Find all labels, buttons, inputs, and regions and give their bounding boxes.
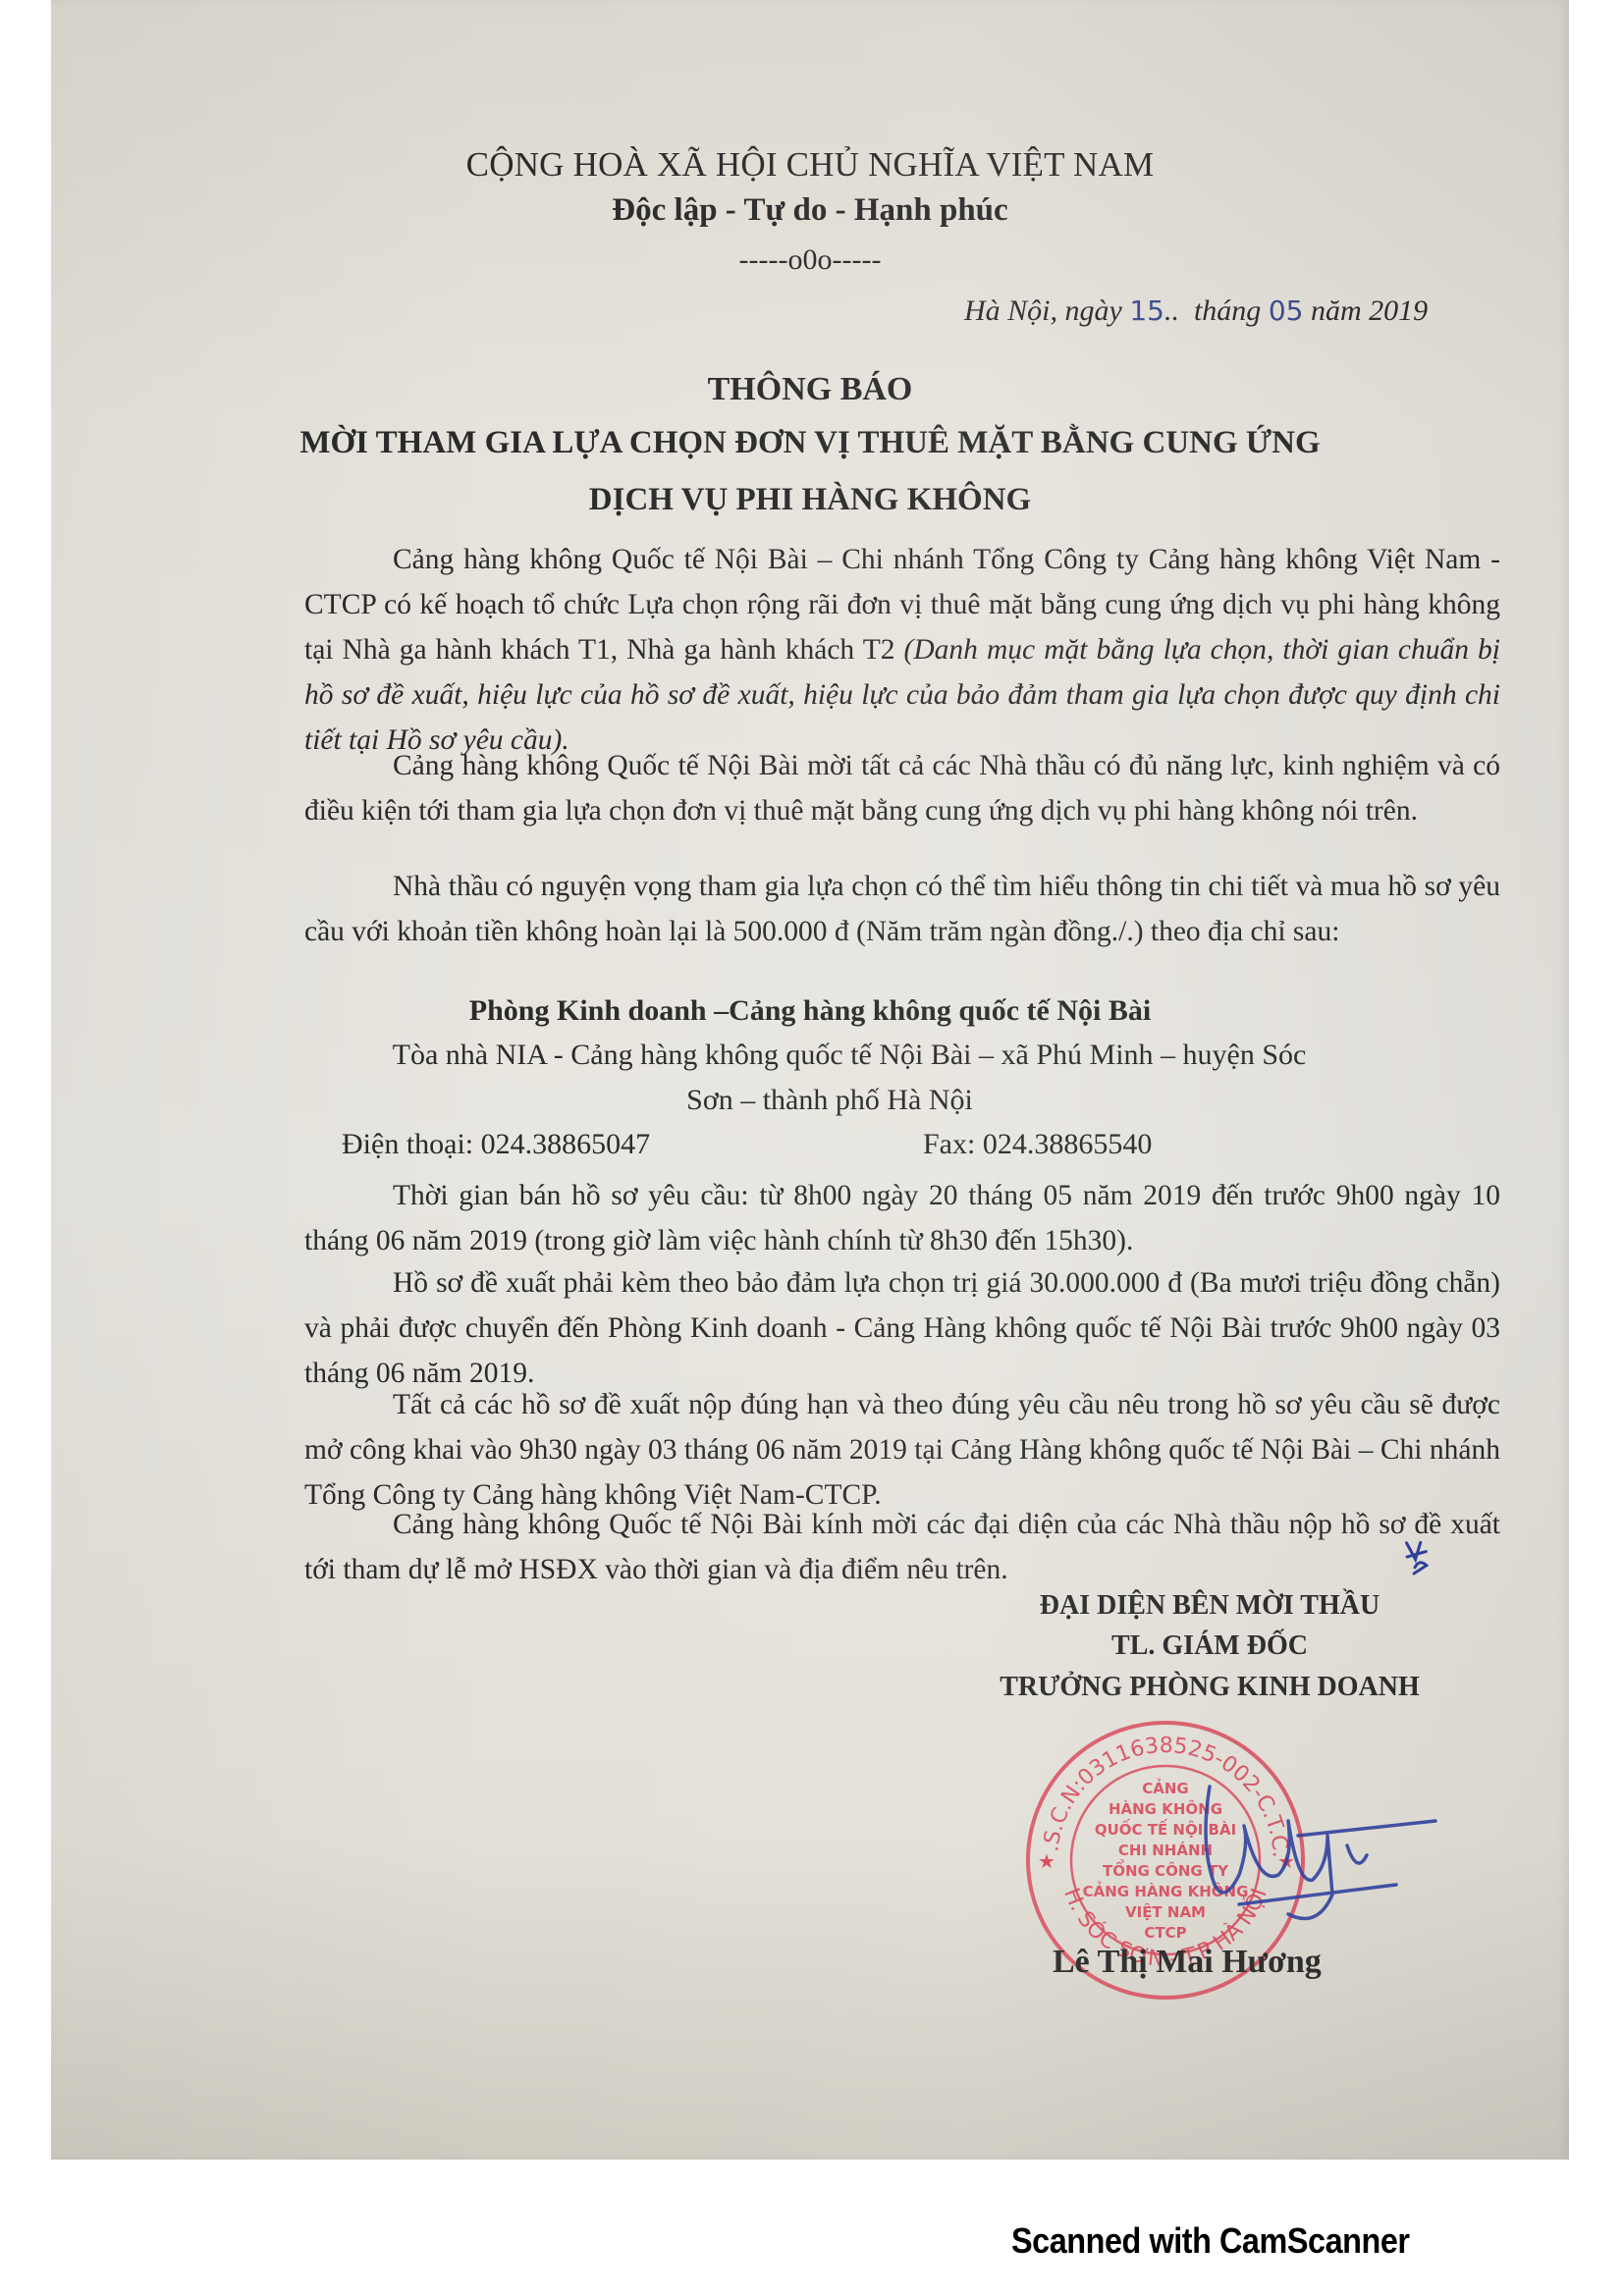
date-month-label: tháng	[1179, 294, 1269, 327]
paragraph-invitation-text: Cảng hàng không Quốc tế Nội Bài mời tất …	[304, 743, 1500, 833]
date-dots: ..	[1164, 294, 1179, 327]
scanned-page: CỘNG HOÀ XÃ HỘI CHỦ NGHĨA VIỆT NAM Độc l…	[51, 0, 1569, 2160]
paragraph-opening-text: Tất cả các hồ sơ đề xuất nộp đúng hạn và…	[304, 1382, 1500, 1518]
svg-text:★: ★	[1038, 1851, 1055, 1873]
fax-number: Fax: 024.38865540	[923, 1128, 1152, 1161]
document-date: Hà Nội, ngày 15.. tháng 05 năm 2019	[964, 294, 1428, 328]
camscanner-watermark: Scanned with CamScanner	[1011, 2220, 1410, 2262]
document-title: THÔNG BÁO	[51, 371, 1569, 408]
paragraph-intro: Cảng hàng không Quốc tế Nội Bài – Chi nh…	[304, 537, 1500, 774]
date-day-handwritten: 15	[1129, 294, 1164, 327]
signature-role-line2: TL. GIÁM ĐỐC	[964, 1630, 1455, 1662]
paragraph-purchase: Nhà thầu có nguyện vọng tham gia lựa chọ…	[304, 864, 1500, 966]
header-separator: -----o0o-----	[51, 243, 1569, 277]
handwritten-signature-icon	[1170, 1767, 1465, 1934]
national-motto: Độc lập - Tự do - Hạnh phúc	[51, 192, 1569, 229]
date-year: năm 2019	[1303, 294, 1428, 327]
office-name: Phòng Kinh doanh –Cảng hàng không quốc t…	[51, 994, 1569, 1028]
date-prefix: Hà Nội, ngày	[964, 294, 1129, 327]
phone-number: Điện thoại: 024.38865047	[342, 1128, 650, 1161]
document-subtitle-line2: DỊCH VỤ PHI HÀNG KHÔNG	[51, 482, 1569, 518]
address-line2: Sơn – thành phố Hà Nội	[51, 1084, 1569, 1117]
document-subtitle-line1: MỜI THAM GIA LỰA CHỌN ĐƠN VỊ THUÊ MẶT BẰ…	[51, 425, 1569, 461]
paragraph-closing-text: Cảng hàng không Quốc tế Nội Bài kính mời…	[304, 1502, 1500, 1592]
signer-name: Lê Thị Mai Hương	[1053, 1944, 1322, 1981]
paragraph-guarantee-text: Hồ sơ đề xuất phải kèm theo bảo đảm lựa …	[304, 1260, 1500, 1396]
paragraph-sale-time-text: Thời gian bán hồ sơ yêu cầu: từ 8h00 ngà…	[304, 1173, 1500, 1263]
country-name: CỘNG HOÀ XÃ HỘI CHỦ NGHĨA VIỆT NAM	[51, 145, 1569, 185]
paragraph-invitation: Cảng hàng không Quốc tế Nội Bài mời tất …	[304, 743, 1500, 845]
paragraph-closing: Cảng hàng không Quốc tế Nội Bài kính mời…	[304, 1502, 1500, 1604]
signature-role-line3: TRƯỞNG PHÒNG KINH DOANH	[964, 1672, 1455, 1703]
signature-role-line1: ĐẠI DIỆN BÊN MỜI THẦU	[964, 1590, 1455, 1622]
address-line1: Tòa nhà NIA - Cảng hàng không quốc tế Nộ…	[51, 1039, 1569, 1072]
paragraph-purchase-text: Nhà thầu có nguyện vọng tham gia lựa chọ…	[304, 864, 1500, 954]
date-month-handwritten: 05	[1269, 294, 1304, 327]
